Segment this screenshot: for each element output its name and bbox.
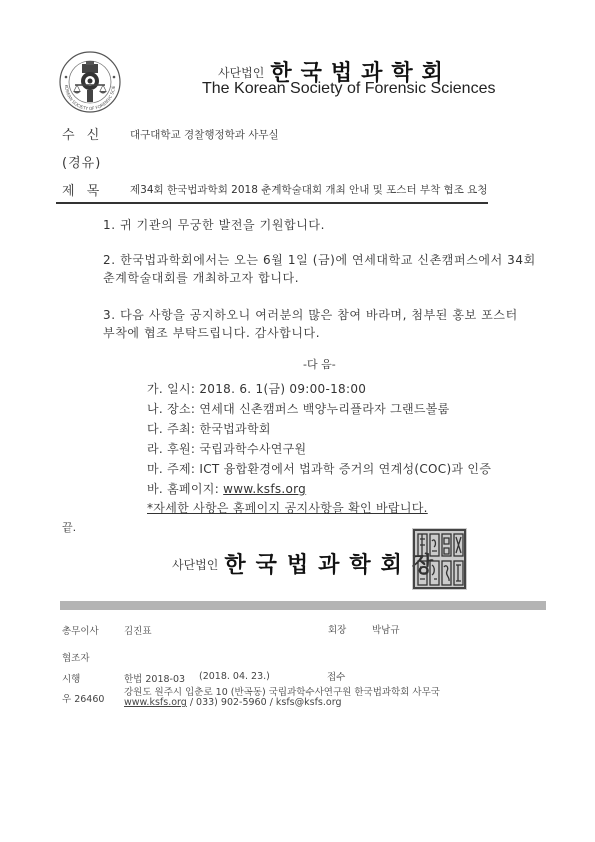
paragraph-2-line-2: 춘계학술대회를 개최하고자 합니다. [103,268,299,288]
item-sponsor-value: 국립과학수사연구원 [199,442,306,456]
header-divider [56,202,488,204]
cooperator-label: 협조자 [62,650,90,664]
contact-details: / 033) 902-5960 / ksfs@ksfs.org [187,697,342,708]
secretary-label: 총무이사 [62,623,99,637]
end-mark: 끝. [62,519,76,535]
item-theme-value: ICT 융합환경에서 법과학 증거의 연계성(COC)과 인증 [199,462,491,476]
item-sponsor-label: 라. 후원: [147,442,195,456]
receipt-label: 접수 [327,669,345,683]
postal-code: 우 26460 [62,691,104,705]
item-sponsor: 라. 후원: 국립과학수사연구원 [147,440,306,457]
paragraph-1: 1. 귀 기관의 무궁한 발전을 기원합니다. [103,215,325,235]
contact-line: www.ksfs.org / 033) 902-5960 / ksfs@ksfs… [124,697,341,708]
item-host: 다. 주최: 한국법과학회 [147,420,271,437]
subject-label: 제 목 [62,180,103,199]
address: 강원도 원주시 입춘로 10 (반곡동) 국립과학수사연구원 한국법과학회 사무… [124,684,440,698]
item-date-label: 가. 일시: [147,382,195,396]
item-theme-label: 마. 주제: [147,462,195,476]
item-venue-label: 나. 장소: [147,402,195,416]
ksfs-emblem-icon: KOREAN SOCIETY OF FORENSIC SCIENCES [57,45,123,119]
signature-prefix: 사단법인 [172,558,218,572]
recipient-value: 대구대학교 경찰행정학과 사무실 [130,127,279,142]
org-name-en: The Korean Society of Forensic Sciences [202,80,495,98]
paragraph-2-line-1: 2. 한국법과학회에서는 오는 6월 1일 (금)에 연세대학교 신촌캠퍼스에서… [103,250,536,270]
org-prefix: 사단법인 [218,66,264,80]
item-host-value: 한국법과학회 [199,422,270,436]
footer-divider [60,601,546,610]
item-theme: 마. 주제: ICT 융합환경에서 법과학 증거의 연계성(COC)과 인증 [147,460,491,477]
item-date-value: 2018. 6. 1(금) 09:00-18:00 [199,382,366,396]
enforcement-number: 한법 2018-03 [124,671,185,685]
via-label: (경유) [62,152,101,171]
secretary-name: 김진표 [124,623,152,637]
president-label: 회장 [328,622,346,636]
item-venue: 나. 장소: 연세대 신촌캠퍼스 백양누리플라자 그랜드볼룸 [147,400,450,417]
enforcement-label: 시행 [62,671,80,685]
enforcement-date: (2018. 04. 23.) [199,671,270,682]
item-host-label: 다. 주최: [147,422,195,436]
paragraph-3-line-2: 부착에 협조 부탁드립니다. 감사합니다. [103,323,320,343]
recipient-label: 수 신 [62,124,103,143]
subject-value: 제34회 한국법과학회 2018 춘계학술대회 개최 안내 및 포스터 부착 협… [130,182,487,197]
president-name: 박남규 [372,622,400,636]
website-link[interactable]: www.ksfs.org [124,697,187,708]
homepage-link[interactable]: www.ksfs.org [223,482,306,496]
item-date: 가. 일시: 2018. 6. 1(금) 09:00-18:00 [147,380,366,397]
paragraph-3-line-1: 3. 다음 사항을 공지하오니 여러분의 많은 참여 바라며, 첨부된 홍보 포… [103,305,518,325]
official-seal-icon [411,527,468,591]
signature: 사단법인한국법과학회장 [172,548,443,579]
item-homepage-label: 바. 홈페이지: [147,482,219,496]
details-heading: -다 음- [303,356,336,372]
notice-note: *자세한 사항은 홈페이지 공지사항을 확인 바랍니다. [147,499,428,516]
item-homepage: 바. 홈페이지: www.ksfs.org [147,480,306,497]
item-venue-value: 연세대 신촌캠퍼스 백양누리플라자 그랜드볼룸 [199,402,449,416]
